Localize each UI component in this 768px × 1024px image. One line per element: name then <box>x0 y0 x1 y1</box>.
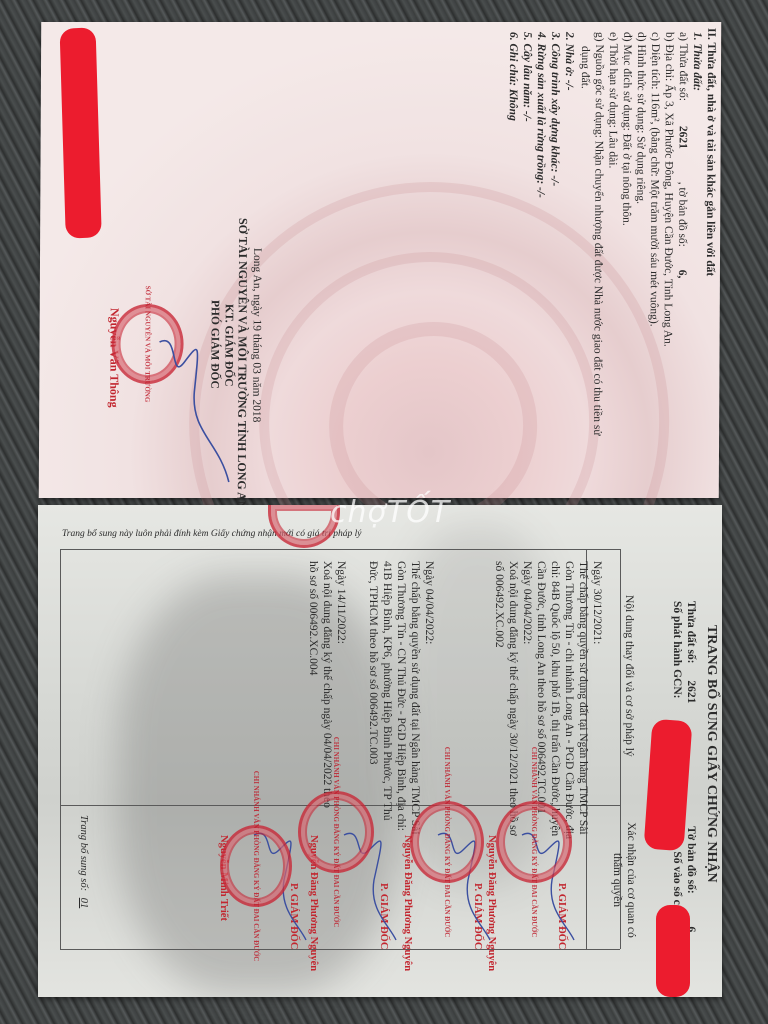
entry-text-line: 41B Hiệp Bình, KP6, phường Hiệp Bình Phư… <box>380 561 394 821</box>
land-heading: 1. Thửa đất: <box>690 32 704 91</box>
parcel-number: 2621 <box>677 126 689 149</box>
supplement-title: TRANG BỔ SUNG GIẤY CHỨNG NHẬN <box>704 625 718 883</box>
column-header-changes: Nội dung thay đổi và cơ sở pháp lý <box>622 595 636 757</box>
page-number: Trang bổ sung số: 01 <box>76 815 90 908</box>
perennial: 5. Cây lâu năm: -/- <box>520 32 534 122</box>
entry-date: Ngày 14/11/2022: <box>334 561 348 644</box>
entry-date: Ngày 04/04/2022: <box>520 561 534 644</box>
usage-term: e) Thời hạn sử dụng: Lâu dài. <box>605 32 620 168</box>
chotot-watermark: chợTỐT <box>330 495 450 530</box>
entry-text-line: Gòn Thương Tín - chi nhánh Long An - PGD… <box>562 561 576 839</box>
column-header-confirm: Xác nhận của cơ quan có thẩm quyền <box>610 820 638 940</box>
forest: 4. Rừng sản xuất là rừng trồng: -/- <box>533 32 548 198</box>
entry-text-line: chỉ: 84B Quốc lộ 50, khu phố 1B, thị trấ… <box>548 561 562 836</box>
address: b) Địa chỉ: Ấp 3, Xã Phước Đông, Huyện C… <box>661 32 677 347</box>
area: c) Diện tích: 116m², (bằng chữ: Một trăm… <box>647 32 663 327</box>
entry-date: Ngày 30/12/2021: <box>590 561 604 644</box>
seal-4: CHI NHÁNH VĂN PHÒNG ĐĂNG KÝ ĐẤT ĐAI CẦN … <box>220 825 292 907</box>
other-works: 3. Công trình xây dựng khác: -/- <box>547 32 562 186</box>
redaction-mark <box>656 905 690 997</box>
certificate-page: II. Thửa đất, nhà ở và tài sản khác gắn … <box>39 22 721 498</box>
entry-text-line: hồ sơ số 006492.XC.004 <box>306 561 320 675</box>
entry-text-line: Gòn Thương Tín - CN Thủ Đức - PGD Hiệp B… <box>394 561 408 831</box>
usage-purpose: đ) Mục đích sử dụng: Đất ở tại nông thôn… <box>619 32 634 226</box>
entry-text-line: Xoá nội dung đăng ký thế chấp ngày 30/12… <box>506 561 520 836</box>
entry-text-line: Thế chấp bằng quyền sử dụng đất tại Ngân… <box>408 561 422 835</box>
seal-1: CHI NHÁNH VĂN PHÒNG ĐĂNG KÝ ĐẤT ĐAI CẦN … <box>496 801 572 883</box>
entry-text-line: Thế chấp bằng quyền sử dụng đất tại Ngân… <box>576 561 590 835</box>
seal-3: CHI NHÁNH VĂN PHÒNG ĐĂNG KÝ ĐẤT ĐAI CẦN … <box>298 791 374 873</box>
seal-2: CHI NHÁNH VĂN PHÒNG ĐĂNG KÝ ĐẤT ĐAI CẦN … <box>410 801 484 883</box>
notes: 6. Ghi chú: Không <box>506 32 520 121</box>
section-title: II. Thửa đất, nhà ở và tài sản khác gắn … <box>703 28 718 276</box>
place-date: Long An, ngày 19 tháng 03 năm 2018 <box>249 248 264 422</box>
supplement-page: Trang bổ sung này luôn phải đính kèm Giấ… <box>38 505 722 997</box>
usage-form: d) Hình thức sử dụng: Sử dụng riêng. <box>633 32 648 204</box>
land-origin: g) Nguồn gốc sử dụng: Nhận chuyển nhượng… <box>590 32 606 436</box>
redaction-mark <box>60 27 102 238</box>
house: 2. Nhà ở: -/- <box>562 32 576 91</box>
entry-text-line: số 006492.XC.002 <box>492 561 506 648</box>
signature <box>139 322 250 492</box>
parcel-line: a) Thửa đất số: 2621 , tờ bản đồ số: 6, <box>675 32 690 278</box>
entry-text-line: Đức, TPHCM theo hồ sơ số 006492.TC.003 <box>366 561 380 764</box>
land-origin-cont: dụng đất. <box>578 46 592 89</box>
entry-date: Ngày 04/04/2022: <box>422 561 436 644</box>
